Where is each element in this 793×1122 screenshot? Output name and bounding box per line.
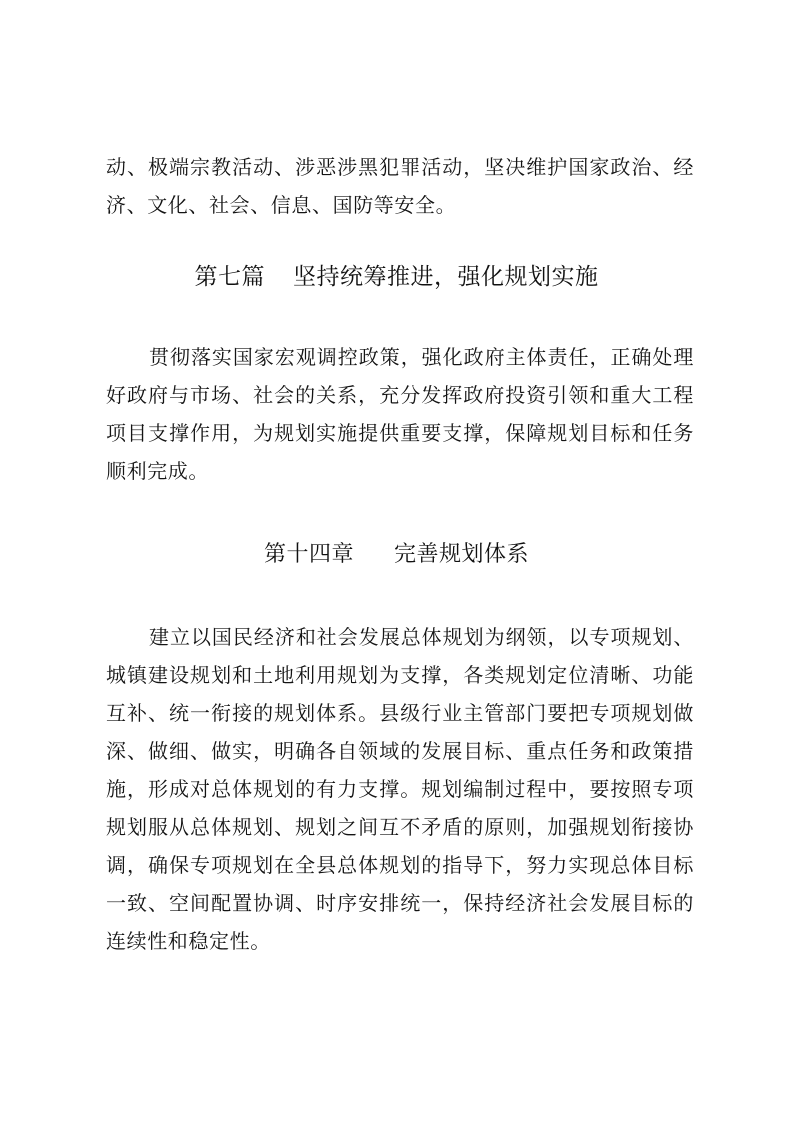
paragraph-part-intro: 贯彻落实国家宏观调控政策，强化政府主体责任，正确处理好政府与市场、社会的关系，充…	[106, 338, 694, 490]
paragraph-chapter-body: 建立以国民经济和社会发展总体规划为纲领，以专项规划、城镇建设规划和土地利用规划为…	[106, 618, 694, 960]
part-title: 坚持统筹推进，强化规划实施	[293, 264, 599, 290]
paragraph-continuation: 动、极端宗教活动、涉恶涉黑犯罪活动，坚决维护国家政治、经济、文化、社会、信息、国…	[106, 148, 694, 224]
document-page: 动、极端宗教活动、涉恶涉黑犯罪活动，坚决维护国家政治、经济、文化、社会、信息、国…	[0, 0, 793, 1122]
chapter-title: 完善规划体系	[394, 542, 529, 567]
chapter-heading: 第十四章完善规划体系	[0, 537, 793, 568]
part-number: 第七篇	[195, 264, 266, 290]
chapter-number: 第十四章	[264, 542, 354, 567]
part-heading: 第七篇坚持统筹推进，强化规划实施	[0, 258, 793, 291]
